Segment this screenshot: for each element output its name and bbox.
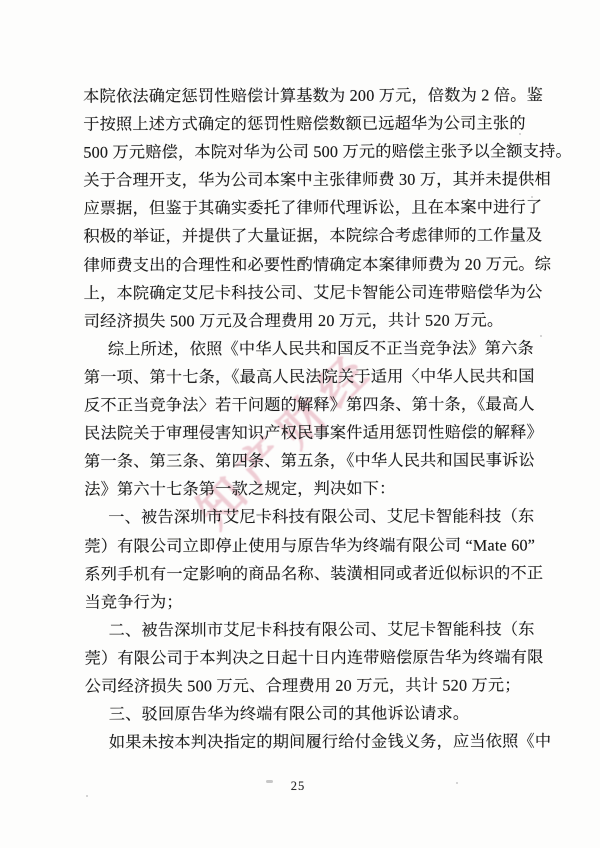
text-line: 莞）有限公司于本判决之日起十日内连带赔偿原告华为终端有限 — [85, 643, 537, 672]
text-line: 本院依法确定惩罚性赔偿计算基数为 200 万元，倍数为 2 倍。鉴 — [83, 81, 535, 110]
text-line: 500 万元赔偿，本院对华为公司 500 万元的赔偿主张予以全额支持。 — [83, 138, 535, 167]
scanned-document-page: 知产财经 本院依法确定惩罚性赔偿计算基数为 200 万元，倍数为 2 倍。鉴于按… — [0, 0, 600, 848]
text-line: 上，本院确定艾尼卡科技公司、艾尼卡智能公司连带赔偿华为公 — [84, 278, 536, 307]
text-line: 反不正当竞争法〉若干问题的解释》第四条、第十条，《最高人 — [84, 390, 536, 419]
text-line: 二、被告深圳市艾尼卡科技有限公司、艾尼卡智能科技（东 — [85, 615, 537, 644]
text-line: 于按照上述方式确定的惩罚性赔偿数额已远超华为公司主张的 — [83, 110, 535, 139]
text-line: 法》第六十七条第一款之规定，判决如下： — [84, 475, 536, 504]
page-number: 25 — [0, 779, 596, 794]
text-line: 一、被告深圳市艾尼卡科技有限公司、艾尼卡智能科技（东 — [84, 503, 536, 532]
text-line: 公司经济损失 500 万元、合理费用 20 万元，共计 520 万元； — [85, 671, 537, 700]
text-line: 系列手机有一定影响的商品名称、装潢相同或者近似标识的不正 — [84, 559, 536, 588]
scan-speck — [531, 196, 533, 198]
text-line: 第一项、第十七条，《最高人民法院关于适用〈中华人民共和国 — [84, 362, 536, 391]
text-line: 三、驳回原告华为终端有限公司的其他诉讼请求。 — [85, 699, 537, 728]
text-line: 民法院关于审理侵害知识产权民事案件适用惩罚性赔偿的解释》 — [84, 419, 536, 448]
scan-speck — [86, 795, 88, 797]
text-line: 综上所述，依照《中华人民共和国反不正当竞争法》第六条 — [84, 334, 536, 363]
text-line: 如果未按本判决指定的期间履行给付金钱义务，应当依照《中 — [85, 728, 537, 757]
scan-speck — [519, 133, 521, 135]
document-body: 本院依法确定惩罚性赔偿计算基数为 200 万元，倍数为 2 倍。鉴于按照上述方式… — [83, 81, 537, 756]
text-line: 第一条、第三条、第四条、第五条，《中华人民共和国民事诉讼 — [84, 447, 536, 476]
scan-speck — [456, 782, 458, 784]
text-line: 关于合理开支，华为公司本案中主张律师费 30 万，其并未提供相 — [83, 166, 535, 195]
text-line: 应票据，但鉴于其确实委托了律师代理诉讼，且在本案中进行了 — [83, 194, 535, 223]
scan-speck — [540, 335, 542, 337]
text-line: 莞）有限公司立即停止使用与原告华为终端有限公司 “Mate 60” — [84, 531, 536, 560]
text-line: 当竞争行为； — [84, 587, 536, 616]
text-line: 司经济损失 500 万元及合理费用 20 万元，共计 520 万元。 — [84, 306, 536, 335]
text-line: 律师费支出的合理性和必要性酌情确定本案律师费为 20 万元。综 — [84, 250, 536, 279]
text-line: 积极的举证，并提供了大量证据，本院综合考虑律师的工作量及 — [83, 222, 535, 251]
scan-speck — [266, 780, 273, 783]
